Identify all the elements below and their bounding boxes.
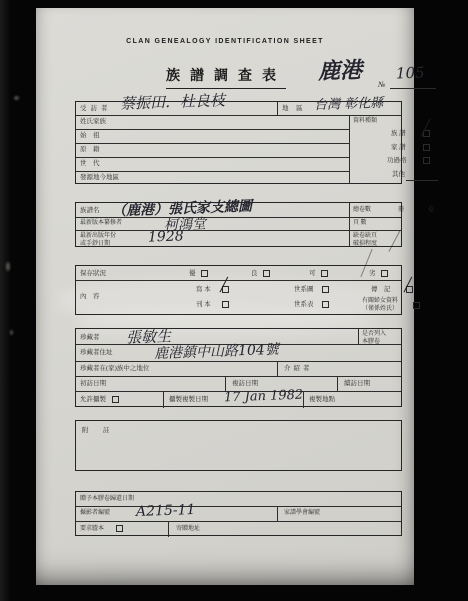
condition-fair-checkbox	[321, 270, 328, 277]
divider	[76, 143, 349, 144]
form-sheet: CLAN GENEALOGY IDENTIFICATION SHEET 族譜調查…	[36, 8, 414, 585]
place-name-handwritten: 鹿港	[317, 53, 362, 86]
women-data-checkbox	[413, 302, 420, 309]
first-visit-date-label: 初訪日期	[80, 380, 106, 388]
introducer-label: 介紹者	[284, 365, 313, 373]
condition-poor-label: 劣	[369, 270, 376, 278]
divider	[349, 115, 350, 183]
clan-genealogy-option-label: 族 譜	[391, 130, 406, 138]
condition-excellent-label: 優	[189, 270, 196, 278]
divider	[76, 230, 401, 231]
manuscript-label: 寫 本	[196, 286, 211, 294]
divider	[76, 129, 349, 130]
filming-location-label: 複製地點	[309, 396, 335, 404]
family-genealogy-checkbox	[423, 144, 430, 151]
society-number-label: 家譜學會編號	[284, 510, 320, 518]
divider	[76, 521, 401, 522]
divider	[277, 102, 278, 115]
divider	[225, 376, 226, 391]
women-data-label: 有關婦女資料 （僅係姓氏）	[362, 298, 398, 314]
condition-poor-checkbox	[381, 270, 388, 277]
generations-label: 世 代	[80, 160, 100, 168]
content-label: 內 容	[80, 293, 100, 301]
owner-clan-position-label: 珍藏者在(家)族中之地位	[80, 365, 149, 373]
interviewee-value-handwritten: 蔡振田．杜良枝	[120, 89, 226, 114]
film-edge	[0, 0, 10, 601]
total-volumes-label: 總卷數	[353, 207, 371, 215]
photographer-number-handwritten: A215-11	[136, 502, 196, 520]
remarks-box: 附 註	[75, 420, 402, 471]
film-crease	[388, 230, 400, 252]
divider	[168, 521, 169, 537]
table-filming-admin: 贈予本膠卷歸還日期 攝影者編號 A215-11 家譜學會編號 要求謄本 寄贈地址	[75, 491, 402, 536]
condition-fair-label: 可	[309, 270, 316, 278]
filming-date-label: 攝製複製日期	[169, 396, 208, 404]
clan-genealogy-checkmark: ╱	[421, 121, 430, 136]
film-speck	[14, 96, 19, 100]
condition-good-label: 良	[251, 270, 258, 278]
table-identification: 受訪者 蔡振田．杜良枝 地 區 台灣 彰化縣 姓氏家族 始 祖 原 籍 世 代 …	[75, 101, 402, 184]
permission-to-film-checkbox	[112, 396, 119, 403]
film-return-date-label: 贈予本膠卷歸還日期	[80, 496, 134, 504]
printed-checkbox	[222, 301, 229, 308]
latest-edition-compiler-label: 最新版本纂修者	[80, 220, 122, 228]
permission-to-film-label: 允許攝製	[80, 396, 106, 404]
sheet-title-english: CLAN GENEALOGY IDENTIFICATION SHEET	[36, 38, 414, 47]
page-count-label: 頁 數	[353, 220, 367, 228]
lineage-chart-checkbox	[322, 286, 329, 293]
condition-good-checkbox	[263, 270, 270, 277]
other-type-label: 其他	[392, 171, 405, 179]
origin-area-today-label: 發源地今地區	[80, 174, 119, 182]
table-owner-visits: 珍藏者 張敏生 是否列入 本膠卷 珍藏者住址 鹿港鎮中山路104號 珍藏者在(家…	[75, 328, 402, 407]
volume-unit-juan: 卷	[428, 207, 434, 215]
missing-pages-label: 缺卷缺頁 破損程度	[353, 232, 377, 248]
microfilm-frame: CLAN GENEALOGY IDENTIFICATION SHEET 族譜調查…	[0, 0, 468, 601]
condition-excellent-checkbox	[201, 270, 208, 277]
film-speck	[10, 330, 13, 335]
genealogy-title-label: 族譜名	[80, 207, 100, 215]
second-visit-date-label: 複訪日期	[232, 380, 258, 388]
material-type-header: 資料種類	[353, 118, 377, 126]
first-ancestor-label: 始 祖	[80, 132, 100, 140]
request-copy-label: 要求謄本	[80, 526, 104, 534]
number-underline	[390, 88, 436, 89]
publication-year-handwritten: 1928	[148, 228, 184, 245]
manuscript-checkmark: ╱	[220, 279, 228, 292]
merit-ledger-checkbox	[423, 157, 430, 164]
table-condition-content: 保存狀況 優 良 可 劣 內 容 寫 本 ╱ 刊 本 世系圖 世系表 傳 記 ╱…	[75, 265, 402, 315]
condition-label: 保存狀況	[80, 270, 106, 278]
table-genealogy-book: 族譜名 （鹿港）張氏家支總圖 總卷數 冊 卷 最新版本纂修者 柯鴻堂 頁 數 最…	[75, 202, 402, 247]
included-in-film-label: 是否列入 本膠卷	[362, 331, 386, 346]
area-label: 地 區	[282, 105, 306, 113]
divider	[76, 376, 401, 377]
interviewee-label: 受訪者	[80, 105, 112, 113]
owner-address-handwritten: 鹿港鎮中山路104號	[154, 339, 279, 363]
divider	[76, 361, 401, 362]
remarks-label: 附 註	[82, 427, 114, 435]
biography-checkmark: ╱	[404, 279, 412, 292]
lineage-chart-label: 世系圖	[294, 286, 314, 294]
volume-unit-ce: 冊	[398, 207, 404, 215]
divider	[76, 280, 401, 281]
merit-ledger-option-label: 功過格	[387, 157, 407, 165]
number-sign: №	[378, 80, 386, 90]
publication-date-label: 最新出版年份 或手鈔日期	[80, 232, 116, 248]
photographer-number-label: 攝影者編號	[80, 510, 110, 518]
request-copy-checkbox	[116, 525, 123, 532]
divider	[76, 157, 349, 158]
printed-label: 刊 本	[196, 301, 211, 309]
divider	[163, 391, 164, 408]
mailing-address-label: 寄贈地址	[176, 526, 200, 534]
sheet-number-handwritten: 105	[396, 64, 425, 83]
surname-family-label: 姓氏家族	[80, 118, 106, 126]
divider	[76, 115, 401, 116]
divider	[349, 203, 350, 246]
lineage-table-checkbox	[322, 301, 329, 308]
biography-label: 傳 記	[371, 286, 391, 294]
divider	[337, 376, 338, 391]
divider	[303, 391, 304, 408]
area-value-handwritten: 台灣 彰化縣	[314, 92, 384, 113]
other-type-blank	[406, 180, 438, 181]
followup-visit-date-label: 續訪日期	[344, 380, 370, 388]
sheet-title-chinese: 族譜調查表	[166, 68, 286, 89]
owner-label: 珍藏者	[80, 334, 100, 342]
divider	[358, 329, 359, 344]
owner-address-label: 珍藏者住址	[80, 349, 113, 357]
divider	[76, 171, 349, 172]
original-home-label: 原 籍	[80, 146, 100, 154]
divider	[277, 506, 278, 521]
film-speck	[6, 262, 10, 271]
filming-date-handwritten: 17 Jan 1982	[224, 388, 304, 406]
divider	[277, 361, 278, 376]
divider	[76, 506, 401, 507]
family-genealogy-option-label: 家 譜	[391, 144, 406, 152]
lineage-table-label: 世系表	[294, 301, 314, 309]
